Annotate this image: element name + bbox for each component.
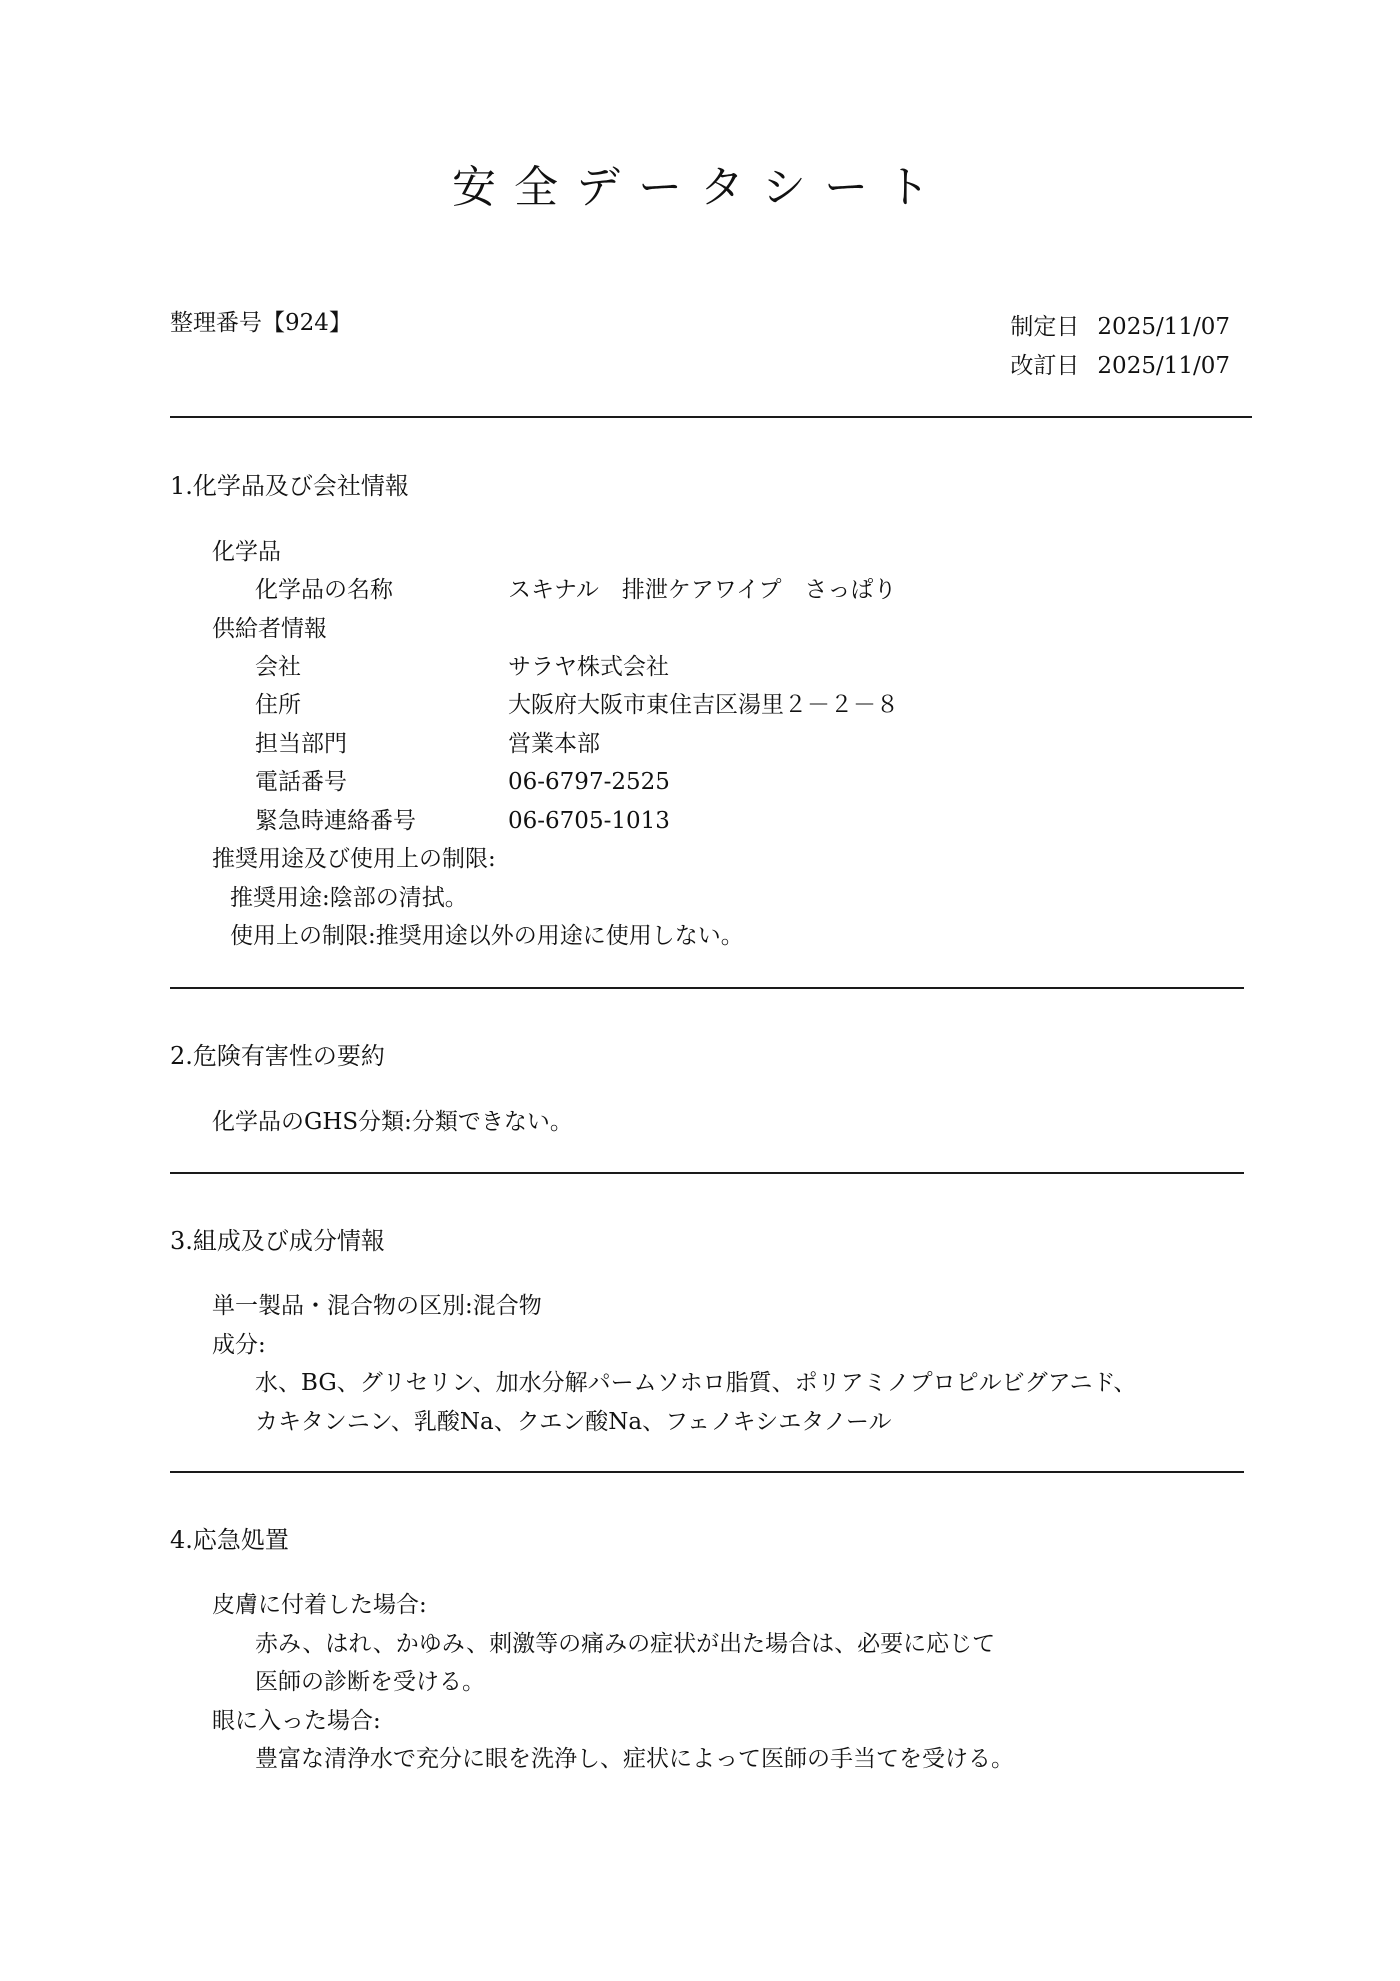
usage-recommended: 推奨用途:陰部の清拭。 [230,883,468,913]
skin-contact-line-1: 赤み、はれ、かゆみ、刺激等の痛みの症状が出た場合は、必要に応じて [255,1629,995,1659]
supplier-address-value: 大阪府大阪市東住吉区湯里２－２－８ [508,690,899,720]
ingredients-line-1: 水、BG、グリセリン、加水分解パームソホロ脂質、ポリアミノプロピルビグアニド、 [255,1368,1136,1398]
document-title: 安全データシート [0,160,1400,216]
ingredients-heading: 成分: [212,1330,266,1360]
skin-contact-line-2: 医師の診断を受ける。 [255,1667,485,1697]
usage-heading: 推奨用途及び使用上の制限: [212,844,496,874]
supplier-emergency-label: 緊急時連絡番号 [255,806,416,836]
supplier-department-value: 営業本部 [508,729,600,759]
supplier-phone-value: 06-6797-2525 [508,767,670,797]
section-3-title: 3.組成及び成分情報 [170,1225,385,1257]
supplier-department-label: 担当部門 [255,729,347,759]
reference-number: 整理番号【924】 [170,308,352,338]
supplier-address-label: 住所 [255,690,301,720]
supplier-phone-label: 電話番号 [255,767,347,797]
revised-date-value: 2025/11/07 [1097,353,1230,379]
product-name-label: 化学品の名称 [255,575,393,605]
established-date-label: 制定日 [1010,314,1079,340]
header-divider [170,416,1252,418]
revised-date-row: 改訂日2025/11/07 [1010,347,1230,386]
supplier-emergency-value: 06-6705-1013 [508,806,670,836]
supplier-company-label: 会社 [255,652,301,682]
ingredients-line-2: カキタンニン、乳酸Na、クエン酸Na、フェノキシエタノール [255,1407,891,1437]
section-1-title: 1.化学品及び会社情報 [170,470,409,502]
eye-contact-line-1: 豊富な清浄水で充分に眼を洗浄し、症状によって医師の手当てを受ける。 [255,1744,1014,1774]
chemical-heading: 化学品 [212,537,281,567]
section-4-title: 4.応急処置 [170,1524,289,1556]
document-dates: 制定日2025/11/07 改訂日2025/11/07 [1010,308,1230,386]
ghs-classification: 化学品のGHS分類:分類できない。 [212,1107,573,1137]
revised-date-label: 改訂日 [1010,353,1079,379]
established-date-row: 制定日2025/11/07 [1010,308,1230,347]
supplier-company-value: サラヤ株式会社 [508,652,669,682]
section-3-divider [170,1471,1244,1473]
established-date-value: 2025/11/07 [1097,314,1230,340]
section-2-divider [170,1172,1244,1174]
product-name-value: スキナル 排泄ケアワイプ さっぱり [508,575,896,605]
supplier-heading: 供給者情報 [212,614,327,644]
mixture-status: 単一製品・混合物の区別:混合物 [212,1291,542,1321]
sds-page: 安全データシート 整理番号【924】 制定日2025/11/07 改訂日2025… [0,0,1400,1981]
section-1-divider [170,987,1244,989]
skin-contact-heading: 皮膚に付着した場合: [212,1590,427,1620]
eye-contact-heading: 眼に入った場合: [212,1706,381,1736]
section-2-title: 2.危険有害性の要約 [170,1040,385,1072]
usage-restriction: 使用上の制限:推奨用途以外の用途に使用しない。 [230,921,744,951]
